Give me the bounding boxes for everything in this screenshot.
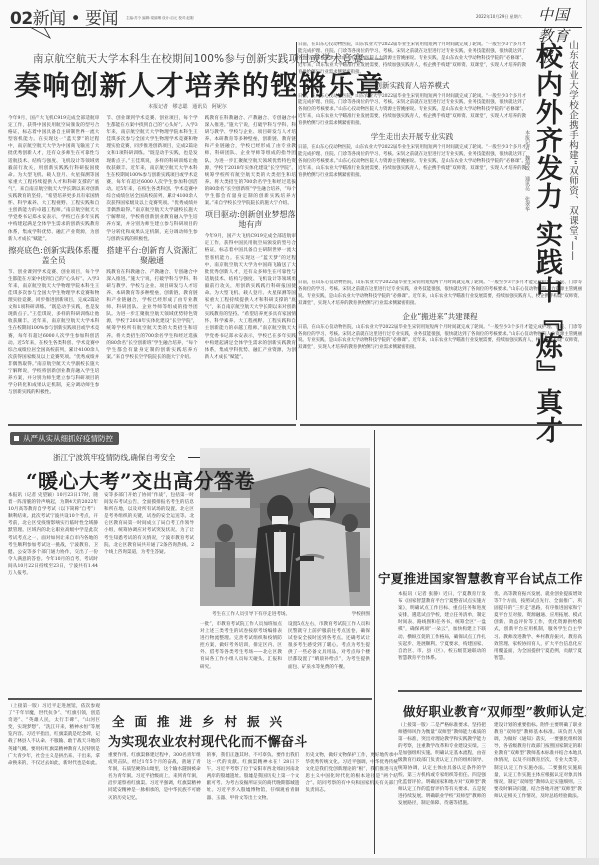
- column-divider: [296, 42, 297, 420]
- issue-date: 2022年10月29日 星期六: [476, 14, 522, 20]
- lead-byline: 本报记者 缪志聪 通讯员 阿妮尔: [148, 103, 227, 110]
- xi-article-body: 重要作用。红旗渠修建过程中，300名青年组成突击队，经过1年5个月的奋战，凿通了…: [108, 752, 398, 852]
- photo-credit: 学校供图: [352, 611, 370, 617]
- article-column: 设置5点左右，市教育考试院工作人员和民警就守上前护服前往考点送卷，确保试卷安全按…: [288, 621, 370, 693]
- feature-kicker: 山东农业大学校企携手构建“双师资、双课堂”——: [565, 40, 579, 261]
- vocational-article-body: （上接第一版）二是严格标准要求。坚持把师德师风作为衡量“双师型”教师能力素质的第…: [398, 722, 582, 854]
- subhead: 擦亮底色:创新实践体系覆盖全员: [8, 246, 99, 266]
- feature-byline: 本报记者 魏海政 通讯员 张翠华: [524, 130, 531, 212]
- feature-headline: 校内外齐发力 实践中『炼』真才: [531, 42, 561, 444]
- exam-headline: “暖心大考”交出高分答卷: [26, 465, 255, 494]
- vertical-scrollbar[interactable]: [586, 0, 599, 865]
- article-column: 安等多部门开始了协同“作战”，包括第一时间发布考试公告，全面摸排报名考生的信息和…: [104, 492, 194, 692]
- article-column: 一批”，市教育考试院工作人员加班加点对上述三类考生的试卷按原考场编排表进行物流整…: [200, 621, 282, 693]
- article-column: 的事，我们正逢其时、不可辜负。要作出我们这一代的贡献。红旗渠精神永在！28日下午…: [207, 752, 300, 852]
- newspaper-page: 02新闻 • 要闻 主编:苏令 编辑:梁丽琳 设计:启元 校对:赵刚 2022年…: [0, 0, 586, 858]
- article-column: （上接第一版）二是严格标准要求。坚持把师德师风作为衡量“双师型”教师能力素质的第…: [398, 722, 486, 854]
- masthead-tail-decoration: [28, 26, 58, 40]
- article-column: 本报讯（记者 史望颖）10月23日17时，随着一阵清脆的铃声响起，为期4天的20…: [8, 492, 98, 692]
- ningxia-article-body: 本报讯（记者 张静）近日，宁夏教育厅发布《国家智慧教育平台宁夏整省试点实施方案》…: [398, 591, 582, 686]
- xi-headline-line1: 全面推进乡村振兴: [112, 712, 292, 730]
- ningxia-headline: 宁夏推进国家智慧教育平台试点工作: [378, 569, 583, 587]
- photo-caption: 考生在工作人员引导下有序走进考场。 学校供图: [212, 611, 370, 617]
- article-column: 本报讯（记者 张静）近日，宁夏教育厅发布《国家智慧教育平台宁夏整省试点实施方案》…: [398, 591, 486, 686]
- article-column: 节、创业课到学术竞赛、创业项目，每个学生都能在方案中找到自己的“心头好”。入学3…: [106, 115, 197, 405]
- exam-article-body-continued: 一批”，市教育考试院工作人员加班加点对上述三类考生的试卷按原考场编排表进行物流整…: [200, 621, 370, 693]
- exam-article-body: 本报讯（记者 史望颖）10月23日17时，随着一阵清脆的铃声响起，为期4天的20…: [8, 492, 194, 692]
- editor-credits: 主编:苏令 编辑:梁丽琳 设计:启元 校对:赵刚: [126, 16, 194, 21]
- page-section-label: 02新闻 • 要闻: [10, 4, 118, 29]
- article-column: 历史文物，做好文物保护工作，更好地传承中华优秀传统文化。习近平强调，中华优秀传统…: [305, 752, 398, 852]
- masthead: 02新闻 • 要闻 主编:苏令 编辑:梁丽琳 设计:启元 校对:赵刚 2022年…: [10, 0, 582, 28]
- subhead: 项目驱动:创新创业梦想落地有声: [205, 210, 296, 230]
- section-divider: [8, 424, 296, 426]
- section-divider: [300, 424, 582, 426]
- lead-article-body: 今年9月，国产大飞机C919完成全部适航审定工作，获得中国民用航空局颁发的型号合…: [8, 115, 296, 405]
- caption-text: 考生在工作人员引导下有序走进考场。: [212, 611, 290, 617]
- article-column: 优、高等教育振兴发展、就业创业提质增效等7个方面，按照试点先行、全面推广、巩固提…: [494, 591, 582, 686]
- xi-headline-line2: 为实现农业农村现代化而不懈奋斗: [108, 731, 308, 750]
- section-divider: [8, 698, 372, 700]
- bottom-edge: [0, 858, 599, 865]
- article-column: 今年9月，国产大飞机C919完成全部适航审定工作，获得中国民用航空局颁发的型号合…: [8, 115, 99, 405]
- section-banner: 从严从实从细抓好疫情防控: [10, 432, 119, 445]
- subhead: 搭建平台:创新育人资源汇聚融通: [106, 246, 197, 266]
- article-column: 建设计划的重要指标。附件主要明确了职业教育“双师型”教师基本标准。该负责人强调，…: [494, 722, 582, 854]
- subhead: 创新实践育人培养模式: [298, 81, 526, 91]
- exam-kicker: 浙江宁波筑牢疫情防线,确保自考安全: [53, 452, 175, 463]
- vocational-headline: 做好职业教育“双师型”教师认定工作: [403, 702, 586, 720]
- article-column: 践教育在科教融合、产教融合、专创融合中深入推进。”施大宁说，打破学科与学科、科研…: [205, 115, 296, 405]
- section-divider: [398, 690, 582, 692]
- article-column: 重要作用。红旗渠修建过程中，300名青年组成突击队，经过1年5个月的奋战，凿通了…: [108, 752, 201, 852]
- subhead: 学生走出去开展专业实践: [298, 132, 526, 142]
- xi-article-lead-column: （上接第一版）习近平走进展馆，依次参观了“千年旱魔，世代抗争”、“红旗引领，创造…: [8, 703, 100, 853]
- square-bullet-icon: [14, 436, 19, 441]
